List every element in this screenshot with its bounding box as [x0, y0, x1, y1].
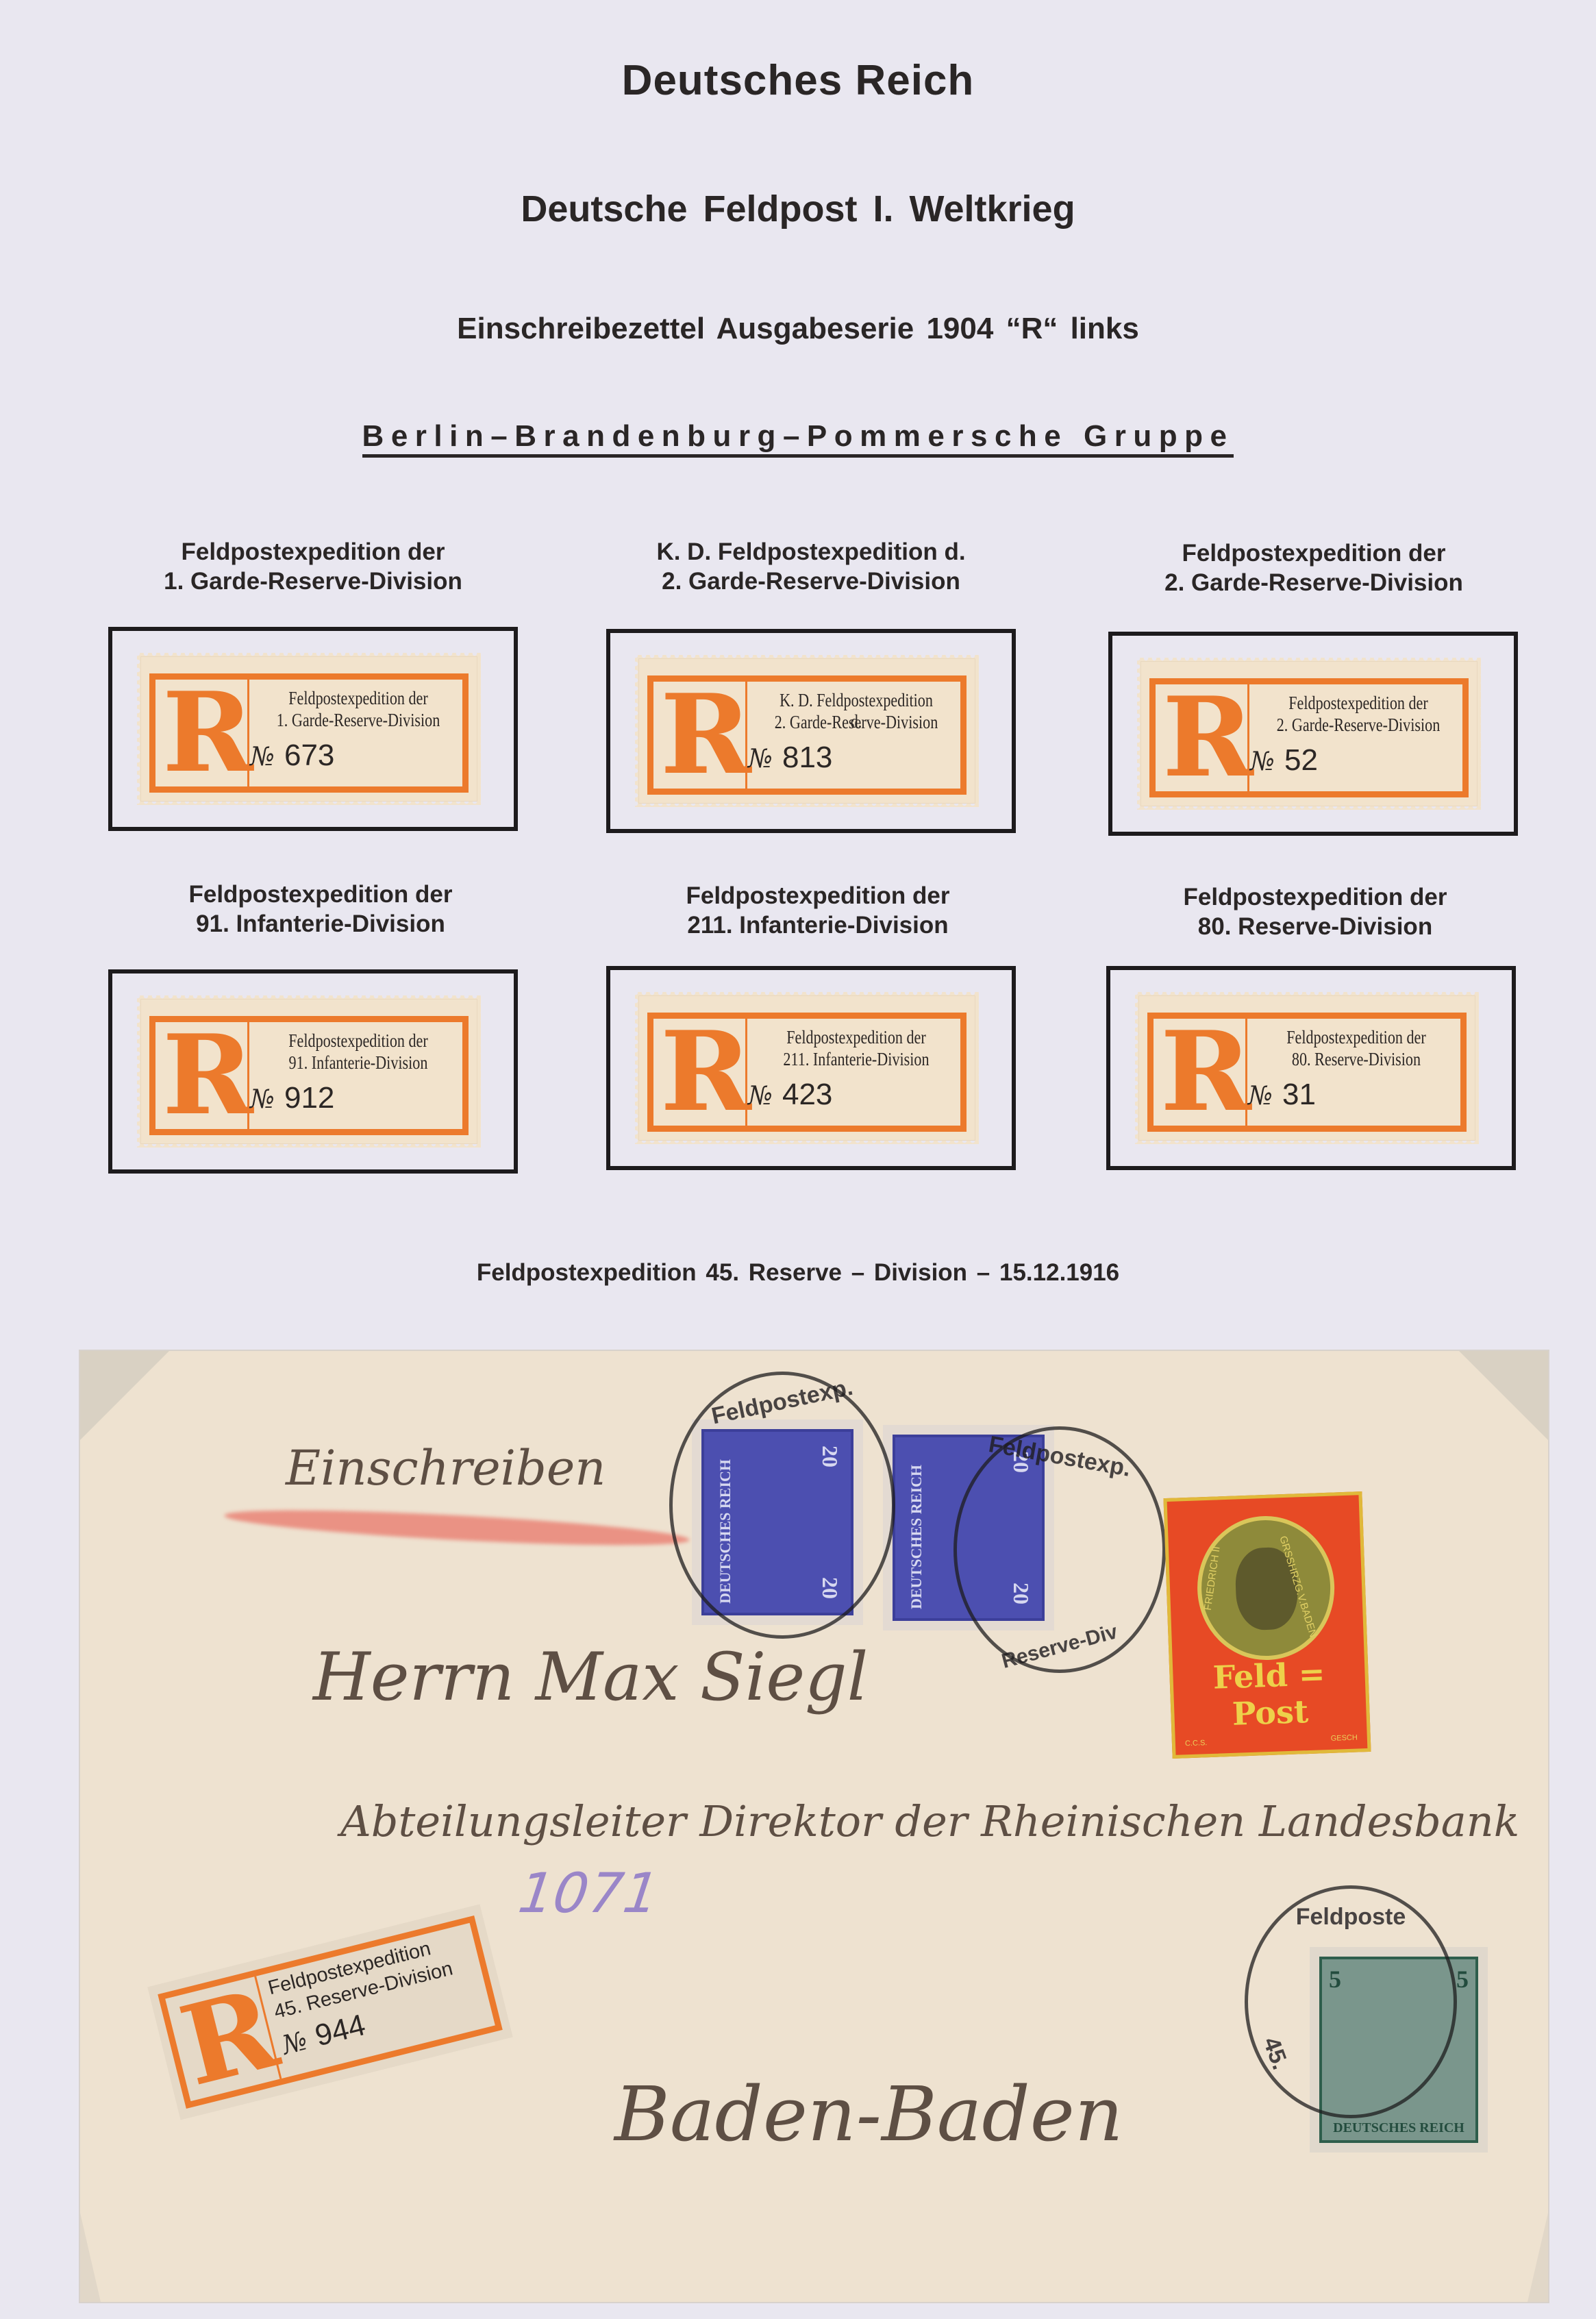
seal-left-text: FRIEDRICH II	[1202, 1546, 1223, 1611]
group-heading-text: Berlin–Brandenburg–Pommersche Gruppe	[362, 419, 1234, 458]
mount-corner	[1528, 2213, 1548, 2302]
registration-label: R Feldpostexpedition der 2. Garde-Reserv…	[1141, 662, 1477, 806]
postmark: Feldpostexp.	[669, 1372, 895, 1639]
label-caption: Feldpostexpedition der 211. Infanterie-D…	[578, 881, 1058, 940]
handwriting-recipient: Herrn Max Siegl	[313, 1639, 868, 1715]
handwriting-city: Baden-Baden	[614, 2070, 1123, 2158]
caption-line1: Feldpostexpedition der	[73, 537, 553, 567]
caption-line1: Feldpostexpedition der	[1075, 882, 1555, 912]
label-line2: 2. Garde-Reserve-Division	[774, 712, 938, 733]
r-letter: R	[660, 1013, 751, 1130]
caption-line2: 2. Garde-Reserve-Division	[571, 567, 1051, 596]
caption-line1: Feldpostexpedition der	[81, 880, 560, 909]
series-heading: Einschreibezettel Ausgabeserie 1904 “R“ …	[0, 312, 1596, 346]
label-frame: R Feldpostexpedition der 91. Infanterie-…	[108, 969, 518, 1174]
caption-line2: 91. Infanterie-Division	[81, 909, 560, 939]
label-number: №31	[1248, 1078, 1316, 1112]
red-crayon-underline	[224, 1503, 690, 1552]
r-letter: R	[162, 1017, 253, 1133]
label-line1: Feldpostexpedition der	[276, 1030, 440, 1052]
cover-registration-label: R Feldpostexpedition 45. Reserve-Divisio…	[147, 1904, 513, 2120]
postmark: Feldpostexp. Reserve-Div	[953, 1426, 1166, 1673]
mount-corner	[1459, 1351, 1548, 1440]
caption-line1: Feldpostexpedition der	[1074, 538, 1554, 568]
handwriting-title: Abteilungsleiter Direktor der Rheinische…	[340, 1796, 1519, 1846]
label-frame: R K. D. Feldpostexpedition d. 2. Garde-R…	[606, 629, 1016, 833]
label-frame: R Feldpostexpedition der 80. Reserve-Div…	[1106, 966, 1516, 1170]
seal-right-text: GRSSHRZG.V.BADEN	[1277, 1535, 1319, 1639]
label-line2: 91. Infanterie-Division	[276, 1052, 440, 1074]
label-line2: 1. Garde-Reserve-Division	[276, 710, 440, 731]
feldpost-vignette: FRIEDRICH II GRSSHRZG.V.BADEN Feld = Pos…	[1163, 1491, 1371, 1759]
seal-mark: GESCH	[1331, 1734, 1358, 1743]
label-number: №673	[250, 739, 334, 773]
caption-line1: K. D. Feldpostexpedition d.	[571, 537, 1051, 567]
label-line1: Feldpostexpedition der	[276, 688, 440, 709]
seal-mark: C.C.S.	[1185, 1739, 1208, 1748]
handwriting-einschreiben: Einschreiben	[286, 1440, 606, 1496]
caption-line2: 80. Reserve-Division	[1075, 912, 1555, 941]
registration-label: R K. D. Feldpostexpedition d. 2. Garde-R…	[639, 659, 975, 803]
label-line2: 80. Reserve-Division	[1274, 1049, 1438, 1070]
caption-line1: Feldpostexpedition der	[578, 881, 1058, 910]
label-caption: Feldpostexpedition der 80. Reserve-Divis…	[1075, 882, 1555, 941]
label-line1: Feldpostexpedition der	[1274, 1027, 1438, 1048]
registration-label: R Feldpostexpedition der 80. Reserve-Div…	[1139, 996, 1475, 1140]
label-caption: Feldpostexpedition der 2. Garde-Reserve-…	[1074, 538, 1554, 597]
label-line2: 211. Infanterie-Division	[774, 1049, 938, 1070]
postmark: Feldposte 45.	[1245, 1885, 1457, 2118]
r-letter: R	[660, 676, 751, 793]
label-frame: R Feldpostexpedition der 2. Garde-Reserv…	[1108, 632, 1518, 836]
label-line1: Feldpostexpedition der	[1276, 693, 1440, 714]
r-letter: R	[1160, 1013, 1251, 1130]
registration-label: R Feldpostexpedition der 1. Garde-Reserv…	[141, 657, 477, 801]
r-letter: R	[162, 674, 253, 791]
label-number: №423	[748, 1078, 832, 1112]
label-line1: Feldpostexpedition der	[774, 1027, 938, 1048]
envelope: Einschreiben Herrn Max Siegl Abteilungsl…	[80, 1351, 1548, 2302]
label-number: №813	[748, 741, 832, 775]
mount-corner	[80, 1351, 169, 1440]
label-line2: 2. Garde-Reserve-Division	[1276, 715, 1440, 736]
portrait-medallion: FRIEDRICH II GRSSHRZG.V.BADEN	[1195, 1514, 1337, 1663]
label-caption: K. D. Feldpostexpedition d. 2. Garde-Res…	[571, 537, 1051, 596]
caption-line2: 1. Garde-Reserve-Division	[73, 567, 553, 596]
label-frame: R Feldpostexpedition der 211. Infanterie…	[606, 966, 1016, 1170]
label-caption: Feldpostexpedition der 91. Infanterie-Di…	[81, 880, 560, 939]
page-subtitle: Deutsche Feldpost I. Weltkrieg	[0, 188, 1596, 230]
mount-corner	[80, 2213, 101, 2302]
cover-caption: Feldpostexpedition 45. Reserve – Divisio…	[0, 1259, 1596, 1287]
r-letter: R	[1162, 679, 1254, 795]
label-number: №912	[250, 1081, 334, 1115]
label-number: №52	[1250, 743, 1318, 778]
label-frame: R Feldpostexpedition der 1. Garde-Reserv…	[108, 627, 518, 831]
seal-feldpost-text: Feld = Post	[1173, 1654, 1367, 1735]
group-heading: Berlin–Brandenburg–Pommersche Gruppe	[0, 419, 1596, 454]
label-caption: Feldpostexpedition der 1. Garde-Reserve-…	[73, 537, 553, 596]
caption-line2: 211. Infanterie-Division	[578, 910, 1058, 940]
page-title: Deutsches Reich	[0, 56, 1596, 105]
pencil-note: 1071	[508, 1861, 669, 1925]
caption-line2: 2. Garde-Reserve-Division	[1074, 568, 1554, 597]
registration-label: R Feldpostexpedition der 91. Infanterie-…	[141, 1000, 477, 1143]
registration-label: R Feldpostexpedition der 211. Infanterie…	[639, 996, 975, 1140]
